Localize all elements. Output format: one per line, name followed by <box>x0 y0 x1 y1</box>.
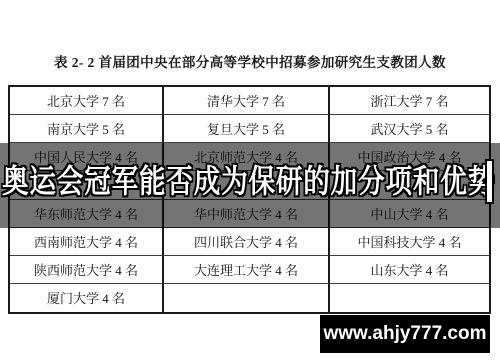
table-cell: 北京大学 7 名 <box>10 87 164 115</box>
table-cell: 四川联合大学 4 名 <box>164 228 330 256</box>
table-cell: 陕西师范大学 4 名 <box>10 256 164 284</box>
table-cell: 厦门大学 4 名 <box>10 284 164 312</box>
table-cell: 清华大学 7 名 <box>164 87 330 115</box>
table-cell <box>330 284 489 312</box>
table-cell: 西南师范大学 4 名 <box>10 228 164 256</box>
overlay-headline: 奥运会冠军能否成为保研的加分项和优势 <box>2 156 495 206</box>
table-cell: 南京大学 5 名 <box>10 115 164 143</box>
table-cell: 复旦大学 5 名 <box>164 115 330 143</box>
watermark-badge: www.ahjy777.com <box>320 315 490 353</box>
caption-end-bar <box>487 161 492 202</box>
table-cell: 浙江大学 7 名 <box>330 87 489 115</box>
table-cell: 大连理工大学 4 名 <box>164 256 330 284</box>
watermark-text: www.ahjy777.com <box>324 323 487 345</box>
table-title: 表 2- 2 首届团中央在部分高等学校中招募参加研究生支教团人数 <box>0 51 500 71</box>
table-cell: 武汉大学 5 名 <box>330 115 489 143</box>
document-page: 表 2- 2 首届团中央在部分高等学校中招募参加研究生支教团人数 北京大学 7 … <box>0 0 500 362</box>
table-cell: 山东大学 4 名 <box>330 256 489 284</box>
table-cell: 中国科技大学 4 名 <box>330 228 489 256</box>
table-cell <box>164 284 330 312</box>
